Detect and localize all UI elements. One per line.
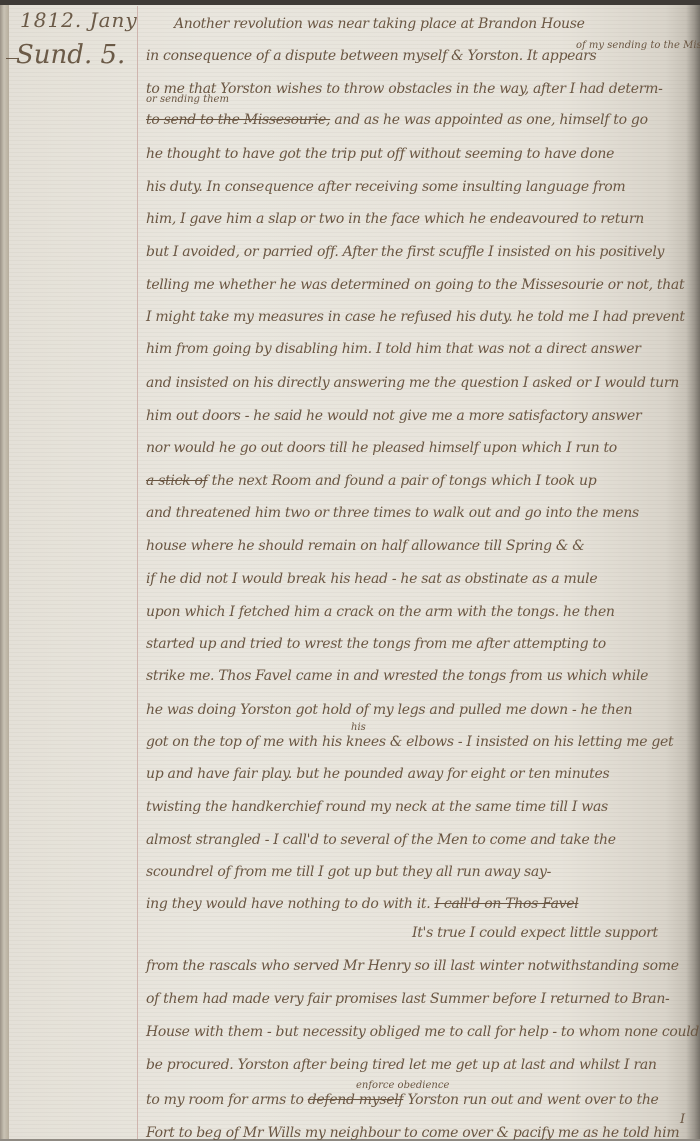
manuscript-line: to send to the Missesourie, and as he wa… [146, 112, 648, 128]
manuscript-line: if he did not I would break his head - h… [146, 571, 597, 587]
manuscript-line: strike me. Thos Favel came in and wreste… [146, 668, 648, 684]
manuscript-line: him out doors - he said he would not giv… [146, 408, 641, 424]
manuscript-line: nor would he go out doors till he please… [146, 440, 617, 456]
manuscript-line: in consequence of a dispute between myse… [146, 48, 596, 64]
manuscript-line: House with them - but necessity obliged … [146, 1024, 699, 1040]
manuscript-line: him, I gave him a slap or two in the fac… [146, 211, 644, 227]
struck-through-text: defend myself [308, 1092, 404, 1108]
interlinear-insertion: or sending them [146, 94, 229, 105]
manuscript-line: house where he should remain on half all… [146, 538, 584, 554]
interlinear-insertion: enforce obedience [356, 1080, 449, 1091]
manuscript-line: of them had made very fair promises last… [146, 991, 670, 1007]
manuscript-line: got on the top of me with his knees & el… [146, 734, 673, 750]
struck-through-text: a stick of [146, 473, 207, 489]
manuscript-line: Fort to beg of Mr Wills my neighbour to … [146, 1125, 679, 1139]
manuscript-line: upon which I fetched him a crack on the … [146, 604, 615, 620]
manuscript-line: to my room for arms to defend myself Yor… [146, 1092, 659, 1108]
manuscript-line: telling me whether he was determined on … [146, 277, 684, 293]
manuscript-line: started up and tried to wrest the tongs … [146, 636, 606, 652]
interlinear-insertion: his [351, 722, 366, 733]
manuscript-line: Another revolution was near taking place… [174, 16, 585, 32]
book-binding-edge [0, 5, 9, 1139]
margin-date-day: Sund. 5. [16, 40, 125, 70]
manuscript-line: and insisted on his directly answering m… [146, 375, 679, 391]
manuscript-line: him from going by disabling him. I told … [146, 341, 641, 357]
manuscript-line: he thought to have got the trip put off … [146, 146, 614, 162]
manuscript-line: a stick of the next Room and found a pai… [146, 473, 596, 489]
manuscript-line: I might take my measures in case he refu… [146, 309, 685, 325]
struck-through-text: to send to the Missesourie, [146, 112, 330, 128]
manuscript-line: It's true I could expect little support [412, 925, 658, 941]
manuscript-line: twisting the handkerchief round my neck … [146, 799, 608, 815]
manuscript-line: up and have fair play. but he pounded aw… [146, 766, 609, 782]
catchword: I [680, 1112, 685, 1127]
margin-date-year-month: 1812. Jany [20, 8, 138, 32]
page-top-edge [0, 0, 700, 5]
manuscript-line: and threatened him two or three times to… [146, 505, 639, 521]
manuscript-line: from the rascals who served Mr Henry so … [146, 958, 679, 974]
struck-through-text: I call'd on Thos Favel [435, 896, 579, 912]
manuscript-line: be procured. Yorston after being tired l… [146, 1057, 657, 1073]
manuscript-line: his duty. In consequence after receiving… [146, 179, 625, 195]
manuscript-line: he was doing Yorston got hold of my legs… [146, 702, 632, 718]
interlinear-insertion: of my sending to the Missou [576, 40, 700, 51]
journal-page: 1812. Jany Sund. 5. Another revolution w… [0, 0, 700, 1139]
manuscript-line: scoundrel of from me till I got up but t… [146, 864, 551, 880]
page-gutter-shadow [686, 5, 700, 1139]
manuscript-line: almost strangled - I call'd to several o… [146, 832, 616, 848]
manuscript-line: ing they would have nothing to do with i… [146, 896, 578, 912]
margin-rule [137, 6, 138, 1139]
manuscript-line: but I avoided, or parried off. After the… [146, 244, 664, 260]
